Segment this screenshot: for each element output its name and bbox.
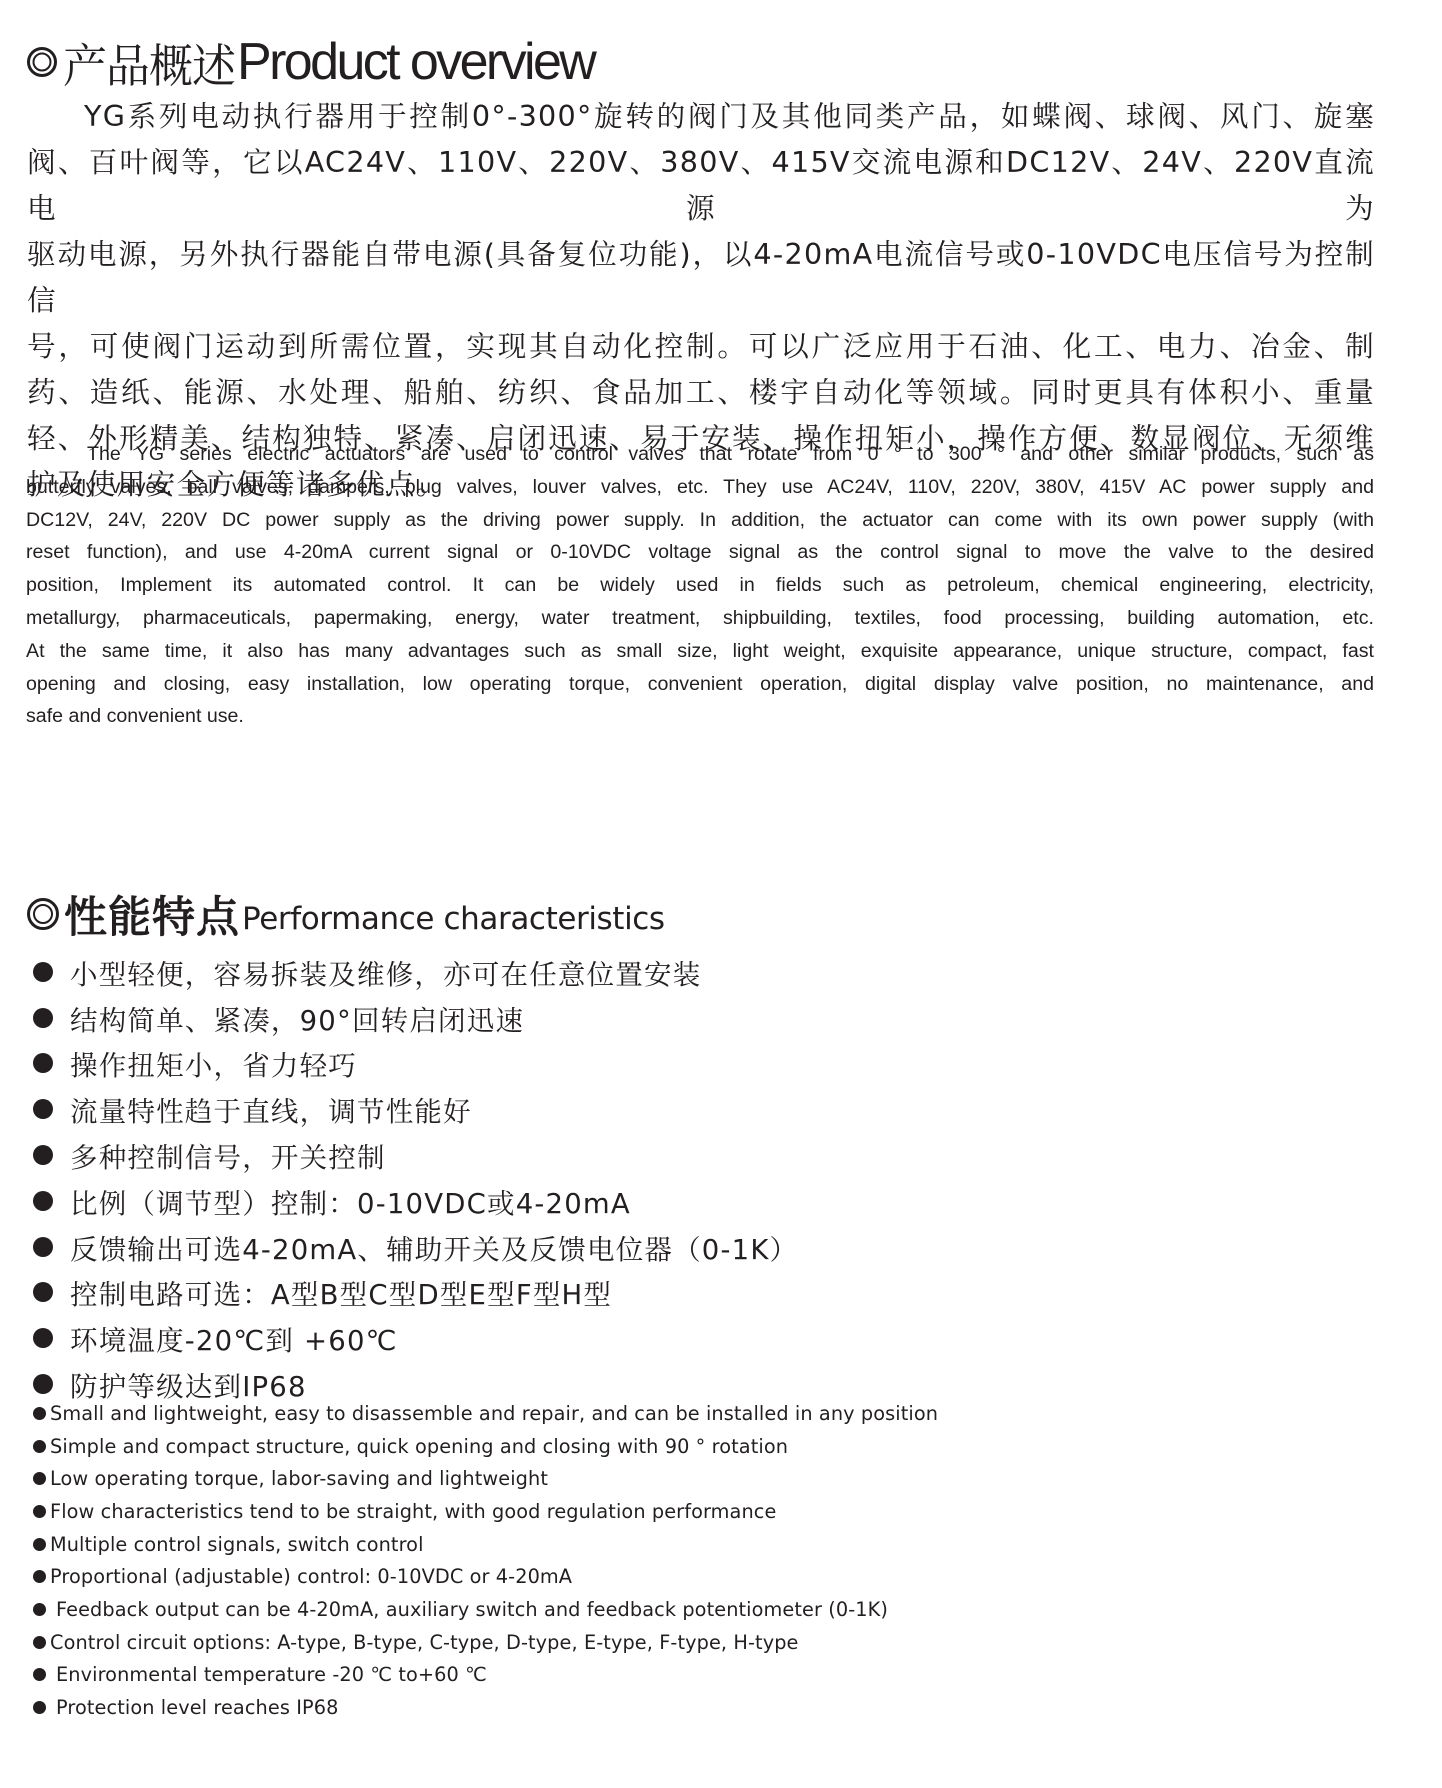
paragraph-line: 驱动电源，另外执行器能自带电源(具备复位功能)，以4-20mA电流信号或0-10… <box>27 231 1375 323</box>
paragraph-line: butterfly valves, ball valves, dampers, … <box>26 471 1374 504</box>
feature-text: 小型轻便，容易拆装及维修，亦可在任意位置安装 <box>70 952 701 992</box>
feature-item-cn: 小型轻便，容易拆装及维修，亦可在任意位置安装 <box>33 949 798 995</box>
paragraph-line: safe and convenient use. <box>26 700 1374 733</box>
paragraph-line: position, Implement its automated contro… <box>26 569 1374 602</box>
feature-item-en: Low operating torque, labor-saving and l… <box>33 1462 938 1495</box>
feature-item-en: Protection level reaches IP68 <box>33 1691 938 1724</box>
bullet-icon <box>33 1636 46 1649</box>
feature-text: Protection level reaches IP68 <box>56 1696 338 1719</box>
feature-item-en: Proportional (adjustable) control: 0-10V… <box>33 1560 938 1593</box>
bullet-icon <box>33 962 53 982</box>
bullet-icon <box>33 1053 53 1073</box>
feature-item-cn: 控制电路可选：A型B型C型D型E型F型H型 <box>33 1270 798 1316</box>
feature-item-en: Environmental temperature -20 ℃ to+60 ℃ <box>33 1659 938 1692</box>
paragraph-line: reset function), and use 4-20mA current … <box>26 536 1374 569</box>
bullet-icon <box>33 1374 53 1394</box>
feature-item-en: Flow characteristics tend to be straight… <box>33 1495 938 1528</box>
feature-text: 环境温度-20℃到 +60℃ <box>70 1318 398 1358</box>
bullet-icon <box>33 1237 53 1257</box>
bullet-icon <box>33 1008 53 1028</box>
feature-item-cn: 流量特性趋于直线，调节性能好 <box>33 1086 798 1132</box>
feature-item-cn: 结构简单、紧凑，90°回转启闭迅速 <box>33 995 798 1041</box>
feature-text: Control circuit options: A-type, B-type,… <box>50 1631 799 1654</box>
performance-heading-cn: 性能特点 <box>64 884 240 945</box>
bullet-icon <box>33 1603 46 1616</box>
feature-text: 多种控制信号，开关控制 <box>70 1135 386 1175</box>
overview-paragraph-en: The YG series electric actuators are use… <box>26 438 1374 733</box>
feature-text: Proportional (adjustable) control: 0-10V… <box>50 1565 572 1588</box>
feature-text: 比例（调节型）控制：0-10VDC或4-20mA <box>70 1181 631 1221</box>
feature-item-en: Feedback output can be 4-20mA, auxiliary… <box>33 1593 938 1626</box>
bullet-icon <box>33 1505 46 1518</box>
paragraph-line: YG系列电动执行器用于控制0°-300°旋转的阀门及其他同类产品，如蝶阀、球阀、… <box>27 93 1375 139</box>
feature-text: 流量特性趋于直线，调节性能好 <box>70 1089 472 1129</box>
bullet-icon <box>33 1282 53 1302</box>
feature-text: 结构简单、紧凑，90°回转启闭迅速 <box>70 998 524 1038</box>
overview-heading-cn: 产品概述 <box>63 28 235 95</box>
performance-heading-en: Performance characteristics <box>242 901 665 937</box>
features-list-cn: 小型轻便，容易拆装及维修，亦可在任意位置安装 结构简单、紧凑，90°回转启闭迅速… <box>33 949 798 1407</box>
paragraph-line: DC12V, 24V, 220V DC power supply as the … <box>26 504 1374 537</box>
feature-text: Small and lightweight, easy to disassemb… <box>50 1402 938 1425</box>
performance-heading: 性能特点 Performance characteristics <box>27 886 665 942</box>
bullet-icon <box>33 1145 53 1165</box>
feature-text: Simple and compact structure, quick open… <box>50 1435 788 1458</box>
feature-text: Feedback output can be 4-20mA, auxiliary… <box>56 1598 888 1621</box>
paragraph-line: At the same time, it also has many advan… <box>26 635 1374 668</box>
bullet-icon <box>33 1191 53 1211</box>
bullet-icon <box>33 1701 46 1714</box>
bullet-icon <box>33 1668 46 1681</box>
feature-item-cn: 反馈输出可选4-20mA、辅助开关及反馈电位器（0-1K） <box>33 1224 798 1270</box>
paragraph-line: 阀、百叶阀等，它以AC24V、110V、220V、380V、415V交流电源和D… <box>27 139 1375 231</box>
feature-item-en: Simple and compact structure, quick open… <box>33 1430 938 1463</box>
feature-text: Environmental temperature -20 ℃ to+60 ℃ <box>56 1663 487 1686</box>
paragraph-line: 号，可使阀门运动到所需位置，实现其自动化控制。可以广泛应用于石油、化工、电力、冶… <box>27 323 1375 369</box>
feature-item-en: Multiple control signals, switch control <box>33 1528 938 1561</box>
feature-item-cn: 操作扭矩小，省力轻巧 <box>33 1041 798 1087</box>
feature-item-en: Control circuit options: A-type, B-type,… <box>33 1626 938 1659</box>
paragraph-line: metallurgy, pharmaceuticals, papermaking… <box>26 602 1374 635</box>
paragraph-line: opening and closing, easy installation, … <box>26 668 1374 701</box>
double-circle-icon <box>27 47 57 77</box>
feature-item-cn: 环境温度-20℃到 +60℃ <box>33 1315 798 1361</box>
overview-heading-en: Product overview <box>237 32 594 92</box>
feature-text: Flow characteristics tend to be straight… <box>50 1500 776 1523</box>
paragraph-line: The YG series electric actuators are use… <box>26 438 1374 471</box>
features-list-en: Small and lightweight, easy to disassemb… <box>33 1397 938 1724</box>
overview-heading: 产品概述 Product overview <box>27 34 594 90</box>
feature-item-en: Small and lightweight, easy to disassemb… <box>33 1397 938 1430</box>
feature-text: 控制电路可选：A型B型C型D型E型F型H型 <box>70 1272 612 1312</box>
bullet-icon <box>33 1407 46 1420</box>
bullet-icon <box>33 1328 53 1348</box>
feature-text: Multiple control signals, switch control <box>50 1533 424 1556</box>
feature-item-cn: 多种控制信号，开关控制 <box>33 1132 798 1178</box>
feature-text: Low operating torque, labor-saving and l… <box>50 1467 548 1490</box>
feature-item-cn: 比例（调节型）控制：0-10VDC或4-20mA <box>33 1178 798 1224</box>
double-circle-icon <box>27 898 59 930</box>
bullet-icon <box>33 1570 46 1583</box>
bullet-icon <box>33 1538 46 1551</box>
bullet-icon <box>33 1440 46 1453</box>
paragraph-line: 药、造纸、能源、水处理、船舶、纺织、食品加工、楼宇自动化等领域。同时更具有体积小… <box>27 369 1375 415</box>
bullet-icon <box>33 1099 53 1119</box>
feature-text: 操作扭矩小，省力轻巧 <box>70 1043 357 1083</box>
bullet-icon <box>33 1472 46 1485</box>
feature-text: 反馈输出可选4-20mA、辅助开关及反馈电位器（0-1K） <box>70 1227 798 1267</box>
